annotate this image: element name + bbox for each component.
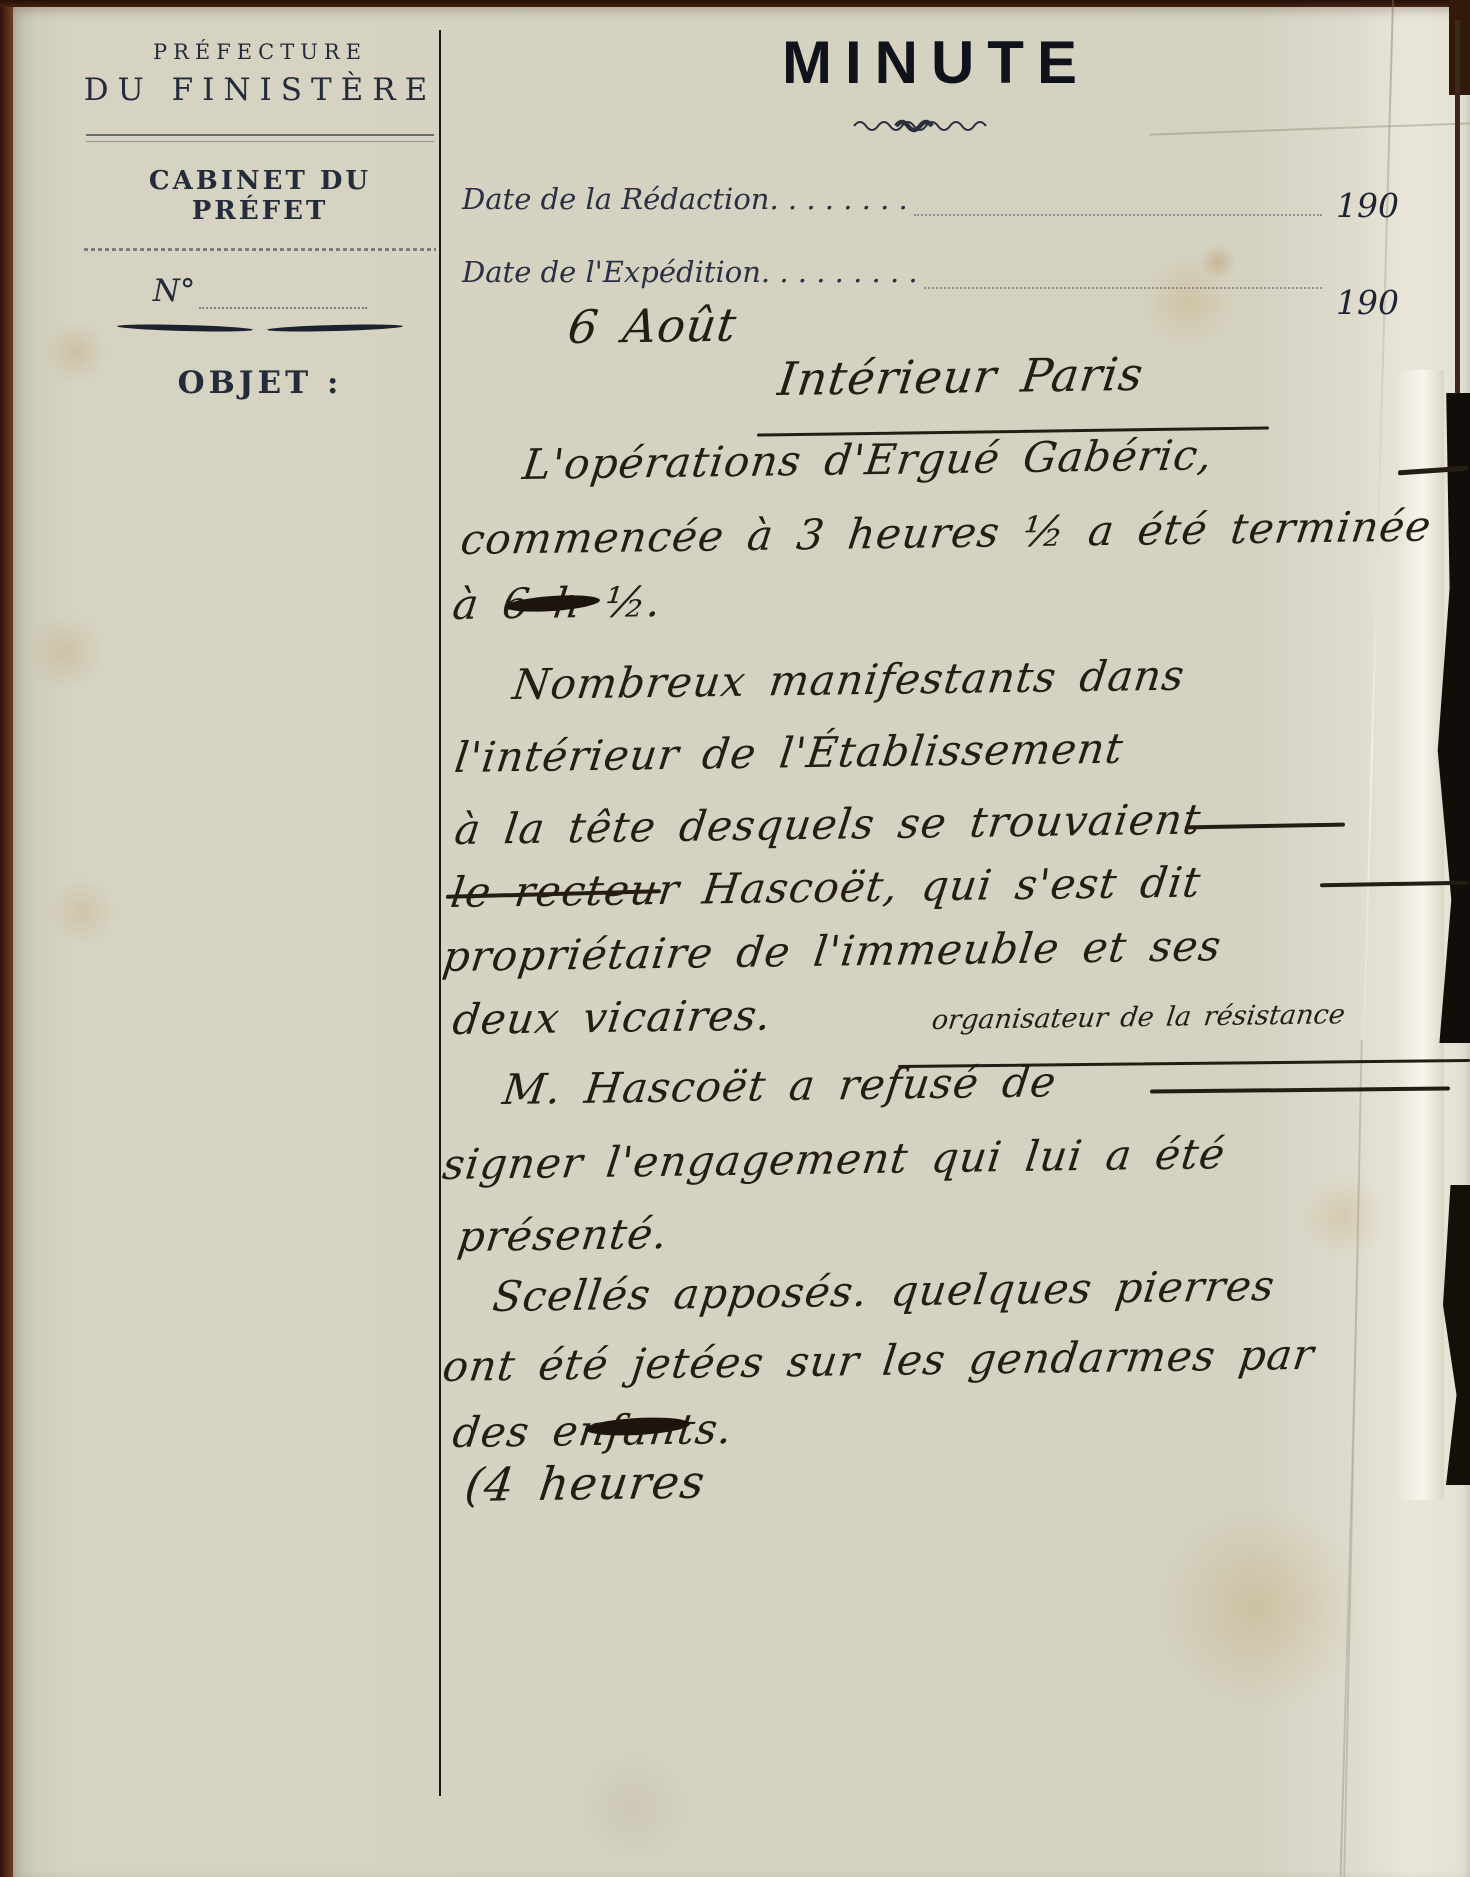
numero-label: N° bbox=[153, 273, 196, 309]
date-expedition-blank bbox=[924, 261, 1322, 289]
cabinet-line: CABINET DU PRÉFET bbox=[75, 166, 445, 226]
date-redaction-blank bbox=[914, 188, 1322, 216]
hand-p3-line1: M. Hascoët a refusé de bbox=[500, 1057, 1059, 1114]
double-rule bbox=[86, 134, 434, 142]
hand-margin-note: organisateur de la résistance bbox=[930, 999, 1347, 1036]
wavy-rule bbox=[84, 248, 436, 251]
objet-label: OBJET : bbox=[75, 365, 445, 401]
date-redaction-label: Date de la Rédaction. . . . . . . . bbox=[462, 182, 908, 216]
hand-p2-line3: à la tête desquels se trouvaient bbox=[452, 795, 1204, 854]
prefecture-line: PRÉFECTURE bbox=[75, 40, 445, 64]
hand-p1-line1: L'opérations d'Ergué Gabéric, bbox=[520, 430, 1216, 489]
hand-p3-line3: présenté. bbox=[455, 1209, 671, 1261]
date-expedition-label: Date de l'Expédition. . . . . . . . . bbox=[462, 255, 918, 289]
binding-strip bbox=[1455, 20, 1460, 415]
hand-time-note: (4 heures bbox=[462, 1455, 708, 1512]
letterhead-sidebar: PRÉFECTURE DU FINISTÈRE CABINET DU PRÉFE… bbox=[75, 40, 445, 401]
hand-p2-line6: deux vicaires. bbox=[450, 991, 775, 1044]
hand-p2-line2: l'intérieur de l'Établissement bbox=[452, 724, 1126, 782]
department-line: DU FINISTÈRE bbox=[75, 72, 445, 108]
numero-blank-line bbox=[199, 283, 367, 309]
year-190-expedition: 190 bbox=[1336, 283, 1399, 322]
date-redaction-row: Date de la Rédaction. . . . . . . . bbox=[462, 182, 1322, 216]
column-divider-rule bbox=[439, 30, 441, 1796]
document-photo: PRÉFECTURE DU FINISTÈRE CABINET DU PRÉFE… bbox=[0, 0, 1470, 1877]
numero-row: N° bbox=[75, 273, 445, 309]
desk-background-top bbox=[0, 0, 1470, 7]
date-expedition-row: Date de l'Expédition. . . . . . . . . bbox=[462, 255, 1322, 289]
minute-title: MINUTE bbox=[782, 28, 1090, 97]
hand-destination: Intérieur Paris bbox=[775, 347, 1147, 406]
hand-date: 6 Août bbox=[565, 298, 740, 354]
hand-p2-line1: Nombreux manifestants dans bbox=[510, 651, 1188, 709]
year-190-redaction: 190 bbox=[1336, 186, 1399, 225]
desk-background-left bbox=[0, 0, 13, 1877]
title-ornament-squiggle bbox=[852, 116, 988, 138]
ornament-swash bbox=[75, 325, 445, 331]
